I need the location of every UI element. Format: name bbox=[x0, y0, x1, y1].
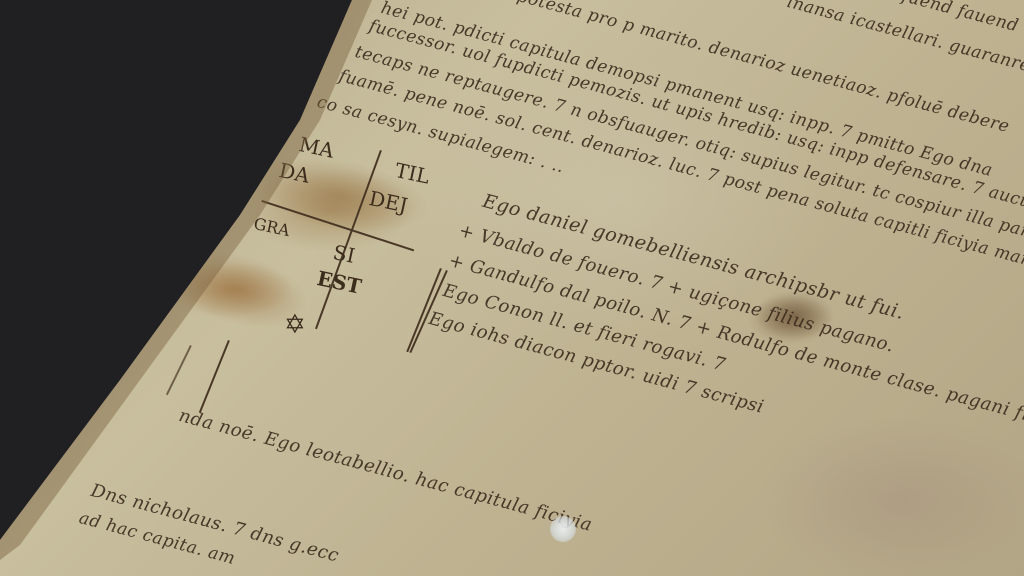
monogram-letter: EST bbox=[315, 266, 364, 299]
notary-flourish-stroke bbox=[166, 345, 192, 395]
manuscript-photo: hei pot. pdicti capitula demopsi pmanent… bbox=[0, 0, 1024, 576]
monogram-letter: SI bbox=[331, 240, 357, 268]
text-line: nda noē. Ego leotabellio. hac capitula f… bbox=[177, 405, 595, 536]
notary-flourish-stroke bbox=[199, 340, 230, 413]
light-reflection bbox=[550, 516, 576, 542]
monogram-letter: GRA bbox=[252, 214, 292, 240]
signum-symbol-icon: ✡ bbox=[284, 310, 306, 340]
